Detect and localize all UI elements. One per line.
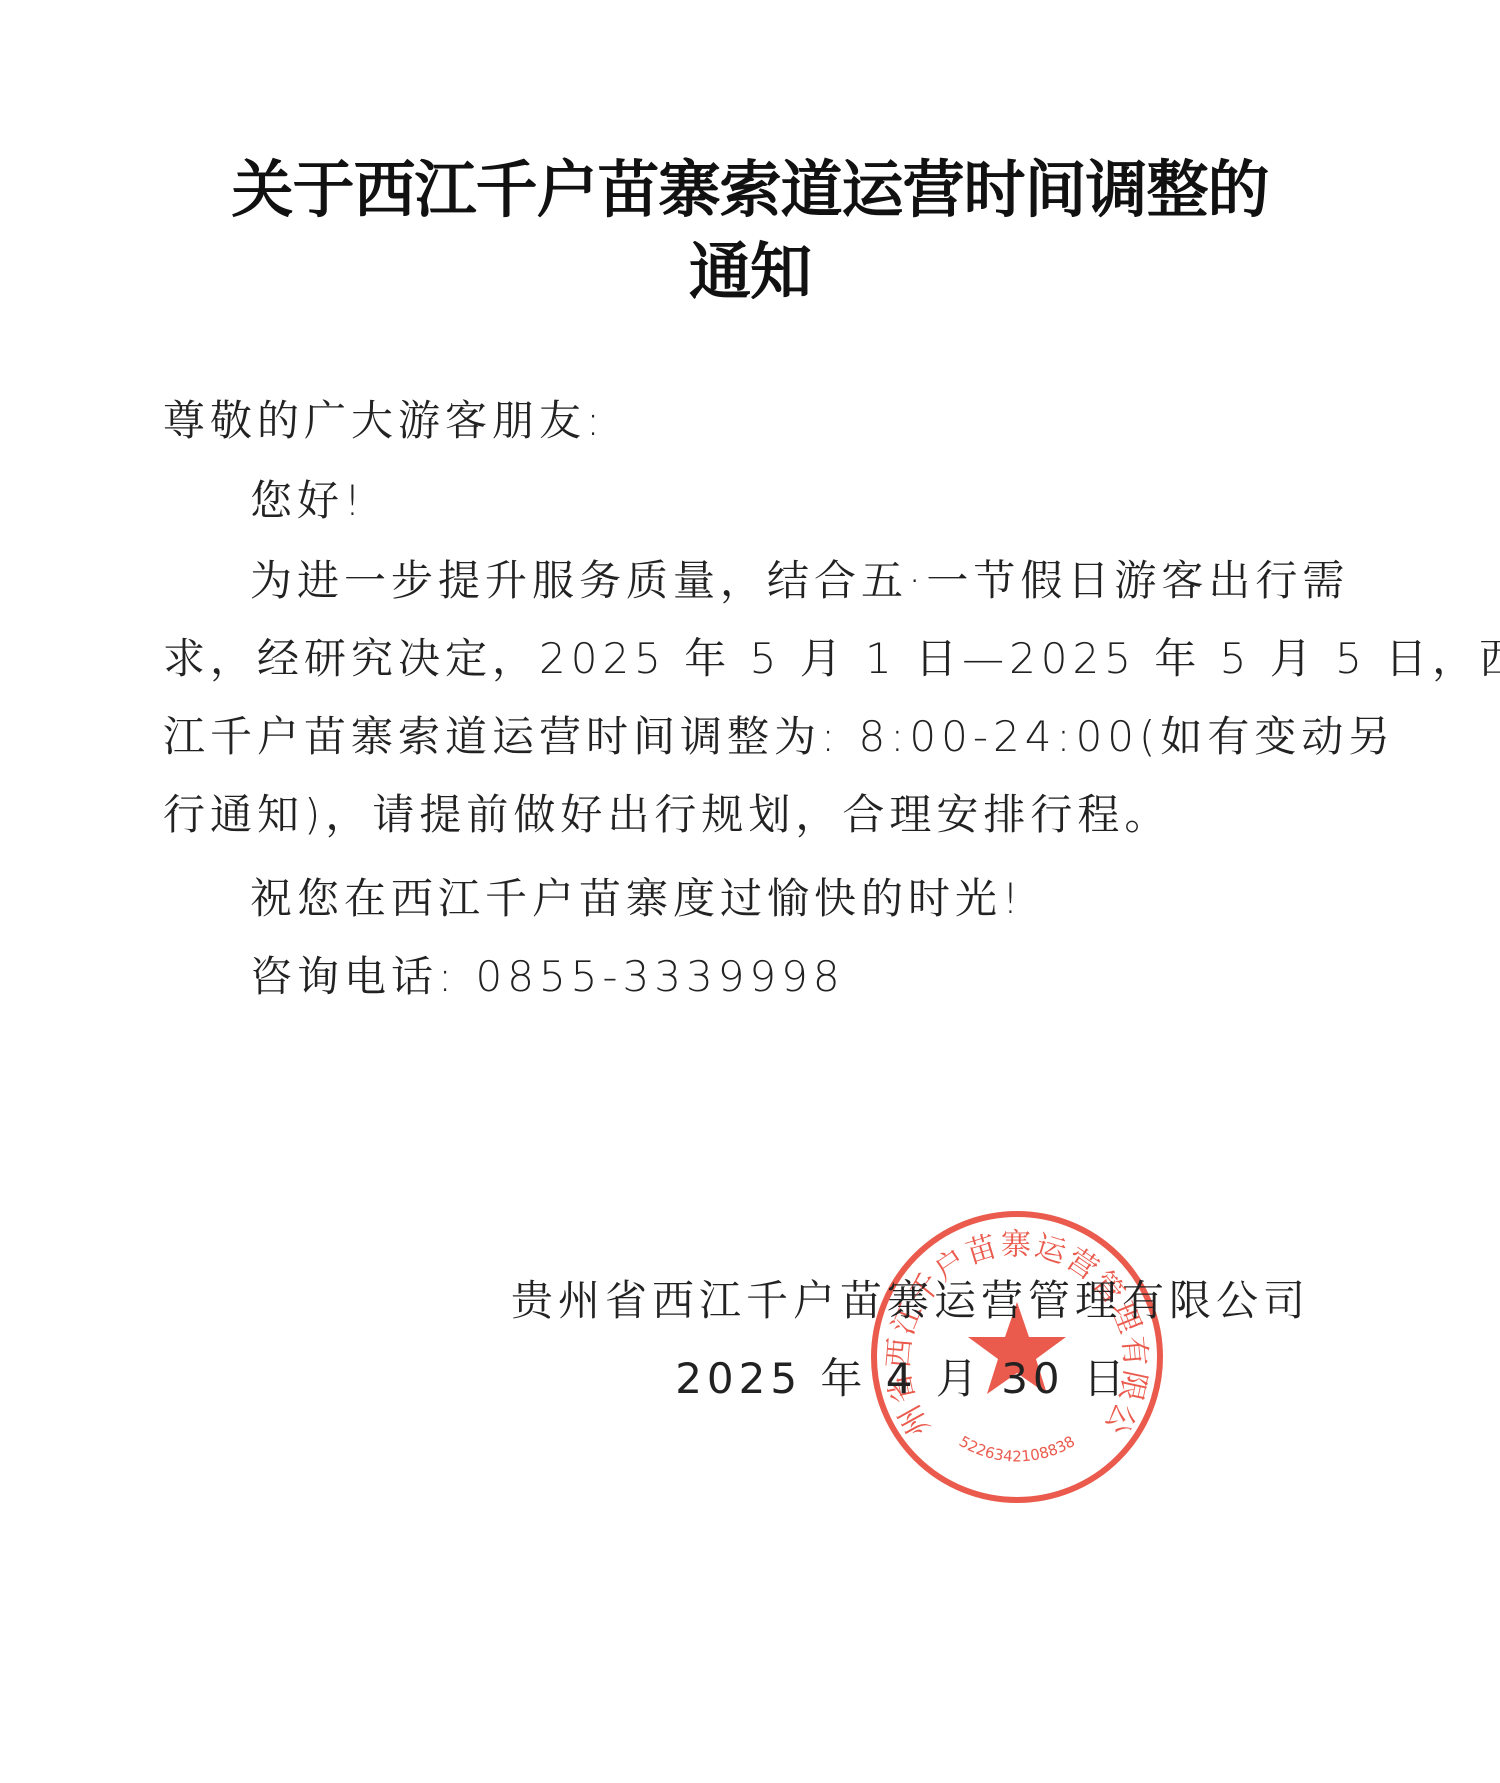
- notice-title-line-2: 通知: [0, 222, 1500, 311]
- signature-company: 贵州省西江千户苗寨运营管理有限公司: [511, 1268, 1310, 1328]
- closing-wish: 祝您在西江千户苗寨度过愉快的时光!: [250, 866, 1024, 926]
- salutation: 尊敬的广大游客朋友:: [163, 388, 605, 448]
- body-line: 行通知)，请提前做好出行规划，合理安排行程。: [163, 782, 1171, 842]
- svg-text:5226342108838: 5226342108838: [956, 1432, 1078, 1465]
- signature-date: 2025 年 4 月 30 日: [675, 1346, 1130, 1406]
- notice-title-line-1: 关于西江千户苗寨索道运营时间调整的: [0, 140, 1500, 229]
- hotline: 咨询电话: 0855-3339998: [250, 944, 845, 1004]
- greeting: 您好!: [250, 468, 366, 528]
- body-line: 求，经研究决定，2025 年 5 月 1 日—2025 年 5 月 5 日，西: [163, 626, 1500, 686]
- body-line: 为进一步提升服务质量，结合五·一节假日游客出行需: [250, 548, 1349, 608]
- body-line: 江千户苗寨索道运营时间调整为: 8:00-24:00(如有变动另: [163, 704, 1395, 764]
